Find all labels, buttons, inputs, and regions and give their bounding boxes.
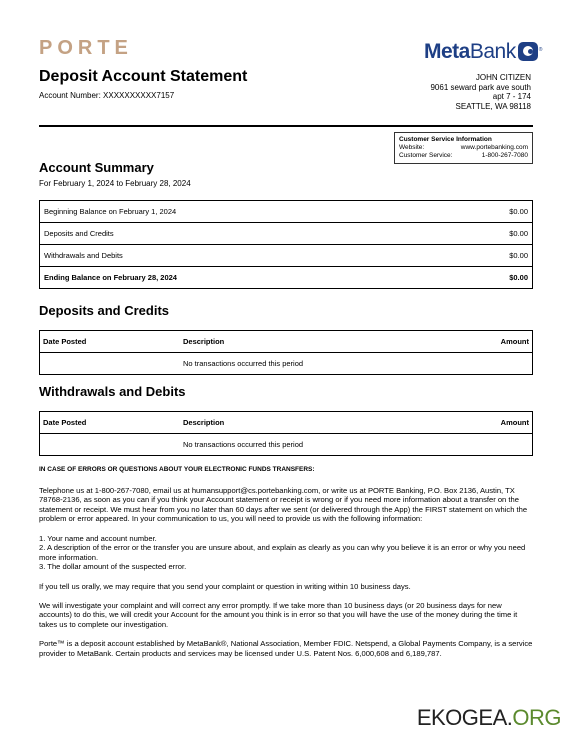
header-divider bbox=[39, 125, 533, 127]
column-description: Description bbox=[180, 331, 456, 353]
cell-date bbox=[40, 434, 181, 456]
cell-amount bbox=[456, 434, 532, 456]
list-item: 2. A description of the error or the tra… bbox=[39, 543, 533, 562]
summary-amount: $0.00 bbox=[453, 245, 533, 267]
cell-amount bbox=[456, 353, 532, 375]
page-title: Deposit Account Statement bbox=[39, 67, 247, 87]
disclosure-investigation-paragraph: We will investigate your complaint and w… bbox=[39, 601, 533, 630]
address-line-3: SEATTLE, WA 98118 bbox=[430, 102, 531, 112]
summary-amount: $0.00 bbox=[453, 223, 533, 245]
disclosure-heading: IN CASE OF ERRORS OR QUESTIONS ABOUT YOU… bbox=[39, 465, 533, 475]
column-description: Description bbox=[180, 412, 456, 434]
metabank-mark-icon bbox=[518, 42, 538, 61]
website-label: Website: bbox=[399, 144, 424, 152]
customer-service-box: Customer Service Information Website: ww… bbox=[394, 132, 533, 164]
account-number: Account Number: XXXXXXXXXX7157 bbox=[39, 91, 174, 101]
customer-service-heading: Customer Service Information bbox=[399, 136, 528, 144]
account-summary-title: Account Summary bbox=[39, 160, 154, 176]
column-date-posted: Date Posted bbox=[40, 412, 181, 434]
empty-message: No transactions occurred this period bbox=[180, 353, 456, 375]
cell-date bbox=[40, 353, 181, 375]
phone-label: Customer Service: bbox=[399, 152, 452, 160]
table-row: No transactions occurred this period bbox=[40, 434, 533, 456]
list-item: 3. The dollar amount of the suspected er… bbox=[39, 562, 533, 572]
porte-logo: PORTE bbox=[39, 38, 133, 58]
deposits-title: Deposits and Credits bbox=[39, 303, 169, 319]
website-link[interactable]: www.portebanking.com bbox=[461, 144, 528, 152]
disclosure-porte-paragraph: Porte™ is a deposit account established … bbox=[39, 639, 533, 658]
watermark-part1: EKOGEA. bbox=[417, 705, 513, 730]
empty-message: No transactions occurred this period bbox=[180, 434, 456, 456]
account-summary-table: Beginning Balance on February 1, 2024 $0… bbox=[39, 200, 533, 289]
list-item: 1. Your name and account number. bbox=[39, 534, 533, 544]
metabank-logo-meta: Meta bbox=[424, 40, 470, 64]
column-amount: Amount bbox=[456, 331, 532, 353]
disclosure-oral-paragraph: If you tell us orally, we may require th… bbox=[39, 582, 533, 592]
watermark-part2: ORG bbox=[512, 705, 561, 730]
summary-row-withdrawals: Withdrawals and Debits $0.00 bbox=[40, 245, 533, 267]
legal-disclosure: IN CASE OF ERRORS OR QUESTIONS ABOUT YOU… bbox=[39, 465, 533, 668]
deposits-table: Date Posted Description Amount No transa… bbox=[39, 330, 533, 375]
summary-amount: $0.00 bbox=[453, 267, 533, 289]
summary-row-beginning-balance: Beginning Balance on February 1, 2024 $0… bbox=[40, 201, 533, 223]
watermark: EKOGEA.ORG bbox=[417, 705, 561, 731]
metabank-logo-bank: Bank bbox=[470, 40, 516, 64]
summary-amount: $0.00 bbox=[453, 201, 533, 223]
column-date-posted: Date Posted bbox=[40, 331, 181, 353]
summary-row-deposits: Deposits and Credits $0.00 bbox=[40, 223, 533, 245]
address-line-1: 9061 seward park ave south bbox=[430, 83, 531, 93]
summary-label: Ending Balance on February 28, 2024 bbox=[40, 267, 453, 289]
summary-label: Beginning Balance on February 1, 2024 bbox=[40, 201, 453, 223]
table-row: No transactions occurred this period bbox=[40, 353, 533, 375]
summary-label: Deposits and Credits bbox=[40, 223, 453, 245]
metabank-logo: MetaBank ® bbox=[424, 38, 542, 65]
table-header: Date Posted Description Amount bbox=[40, 331, 533, 353]
registered-mark: ® bbox=[539, 38, 542, 62]
summary-label: Withdrawals and Debits bbox=[40, 245, 453, 267]
disclosure-info-list: 1. Your name and account number. 2. A de… bbox=[39, 534, 533, 572]
table-header: Date Posted Description Amount bbox=[40, 412, 533, 434]
column-amount: Amount bbox=[456, 412, 532, 434]
summary-row-ending-balance: Ending Balance on February 28, 2024 $0.0… bbox=[40, 267, 533, 289]
address-line-2: apt 7 - 174 bbox=[430, 92, 531, 102]
withdrawals-title: Withdrawals and Debits bbox=[39, 384, 186, 400]
customer-address: JOHN CITIZEN 9061 seward park ave south … bbox=[430, 73, 531, 111]
withdrawals-table: Date Posted Description Amount No transa… bbox=[39, 411, 533, 456]
customer-name: JOHN CITIZEN bbox=[430, 73, 531, 83]
phone-number[interactable]: 1-800-267-7080 bbox=[482, 152, 528, 160]
disclosure-contact-paragraph: Telephone us at 1-800-267-7080, email us… bbox=[39, 486, 533, 524]
statement-period: For February 1, 2024 to February 28, 202… bbox=[39, 179, 191, 189]
